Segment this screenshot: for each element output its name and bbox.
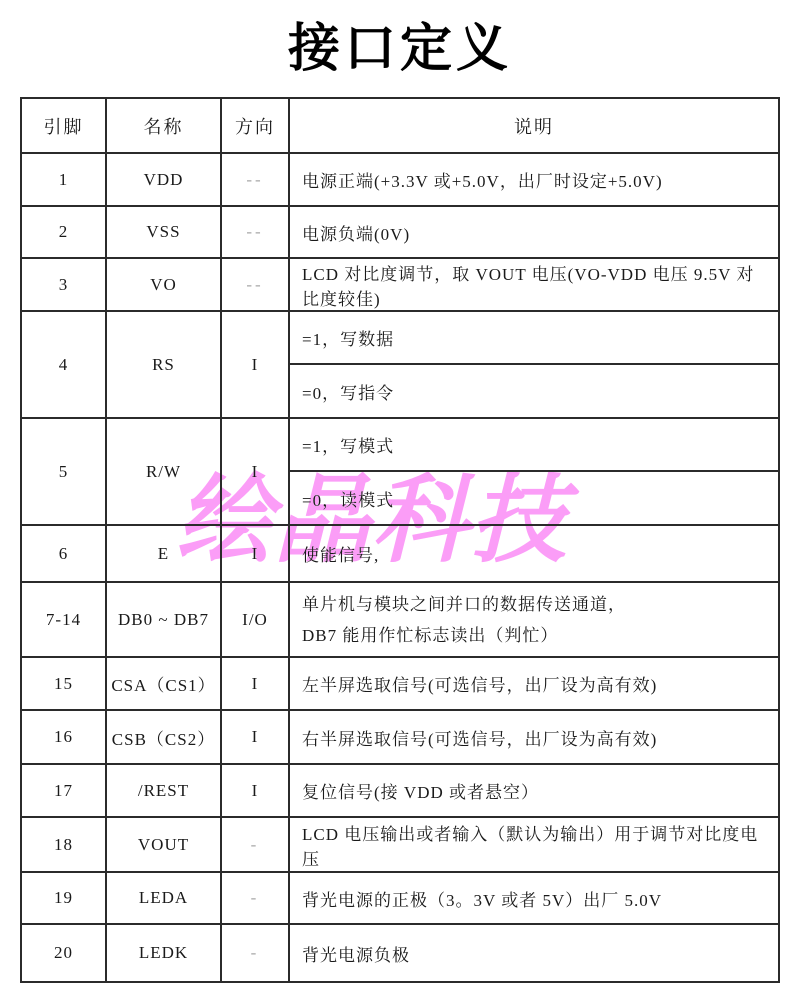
table-row: 20 LEDK - 背光电源负极 [21,924,779,982]
pin-cell: 7-14 [21,582,106,657]
desc-cell: 电源负端(0V) [289,206,779,258]
interface-table: 引脚 名称 方向 说明 1 VDD -- 电源正端(+3.3V 或+5.0V，出… [20,97,780,983]
name-cell: VOUT [106,817,221,872]
name-cell: LEDK [106,924,221,982]
dir-cell: -- [221,206,289,258]
table-row: 19 LEDA - 背光电源的正极（3。3V 或者 5V）出厂 5.0V [21,872,779,924]
desc-subcell: =1，写模式 [290,419,778,472]
pin-cell: 16 [21,710,106,764]
column-header-name: 名称 [106,98,221,153]
pin-cell: 5 [21,418,106,525]
pin-cell: 15 [21,657,106,710]
dir-cell: I/O [221,582,289,657]
name-cell: RS [106,311,221,418]
name-cell: R/W [106,418,221,525]
desc-cell: 背光电源的正极（3。3V 或者 5V）出厂 5.0V [289,872,779,924]
dir-cell: I [221,764,289,817]
desc-cell: 右半屏选取信号(可选信号，出厂设为高有效) [289,710,779,764]
table-row: 3 VO -- LCD 对比度调节，取 VOUT 电压(VO-VDD 电压 9.… [21,258,779,311]
column-header-dir: 方向 [221,98,289,153]
table-row: 4 RS I =1，写数据 =0，写指令 [21,311,779,418]
pin-cell: 3 [21,258,106,311]
name-cell: E [106,525,221,582]
desc-cell: 左半屏选取信号(可选信号，出厂设为高有效) [289,657,779,710]
pin-cell: 6 [21,525,106,582]
desc-subcell: =1，写数据 [290,312,778,365]
column-header-pin: 引脚 [21,98,106,153]
page-title: 接口定义 [0,6,800,81]
pin-cell: 19 [21,872,106,924]
name-cell: /REST [106,764,221,817]
desc-cell: 使能信号, [289,525,779,582]
name-cell: VSS [106,206,221,258]
table-row: 6 E I 使能信号, [21,525,779,582]
desc-line: 单片机与模块之间并口的数据传送通道， [302,589,772,620]
name-cell: VDD [106,153,221,206]
desc-subcell: =0，读模式 [290,472,778,524]
dir-cell: -- [221,258,289,311]
desc-cell-split: =1，写数据 =0，写指令 [289,311,779,418]
desc-line: DB7 能用作忙标志读出（判忙） [302,620,772,651]
name-cell: LEDA [106,872,221,924]
desc-subcell: =0，写指令 [290,365,778,417]
table-row: 5 R/W I =1，写模式 =0，读模式 [21,418,779,525]
pin-cell: 17 [21,764,106,817]
name-cell: CSB（CS2） [106,710,221,764]
desc-cell: LCD 对比度调节，取 VOUT 电压(VO-VDD 电压 9.5V 对比度较佳… [289,258,779,311]
pin-cell: 18 [21,817,106,872]
pin-cell: 4 [21,311,106,418]
column-header-desc: 说明 [289,98,779,153]
dir-cell: I [221,710,289,764]
page: { "title": "接口定义", "watermark": { "text"… [0,0,800,1000]
dir-cell: - [221,872,289,924]
dir-cell: - [221,817,289,872]
pin-cell: 1 [21,153,106,206]
table-row: 2 VSS -- 电源负端(0V) [21,206,779,258]
desc-cell: 背光电源负极 [289,924,779,982]
dir-cell: I [221,418,289,525]
table-row: 18 VOUT - LCD 电压输出或者输入（默认为输出）用于调节对比度电压 [21,817,779,872]
table-row: 15 CSA（CS1） I 左半屏选取信号(可选信号，出厂设为高有效) [21,657,779,710]
name-cell: DB0 ~ DB7 [106,582,221,657]
name-cell: CSA（CS1） [106,657,221,710]
desc-cell-split: =1，写模式 =0，读模式 [289,418,779,525]
table-row: 1 VDD -- 电源正端(+3.3V 或+5.0V，出厂时设定+5.0V) [21,153,779,206]
desc-cell: 电源正端(+3.3V 或+5.0V，出厂时设定+5.0V) [289,153,779,206]
name-cell: VO [106,258,221,311]
desc-cell: 单片机与模块之间并口的数据传送通道， DB7 能用作忙标志读出（判忙） [289,582,779,657]
dir-cell: I [221,525,289,582]
table-row: 16 CSB（CS2） I 右半屏选取信号(可选信号，出厂设为高有效) [21,710,779,764]
pin-cell: 20 [21,924,106,982]
desc-cell: LCD 电压输出或者输入（默认为输出）用于调节对比度电压 [289,817,779,872]
table-row: 7-14 DB0 ~ DB7 I/O 单片机与模块之间并口的数据传送通道， DB… [21,582,779,657]
dir-cell: -- [221,153,289,206]
table-row: 17 /REST I 复位信号(接 VDD 或者悬空） [21,764,779,817]
pin-cell: 2 [21,206,106,258]
table-header-row: 引脚 名称 方向 说明 [21,98,779,153]
dir-cell: I [221,311,289,418]
dir-cell: - [221,924,289,982]
dir-cell: I [221,657,289,710]
desc-cell: 复位信号(接 VDD 或者悬空） [289,764,779,817]
